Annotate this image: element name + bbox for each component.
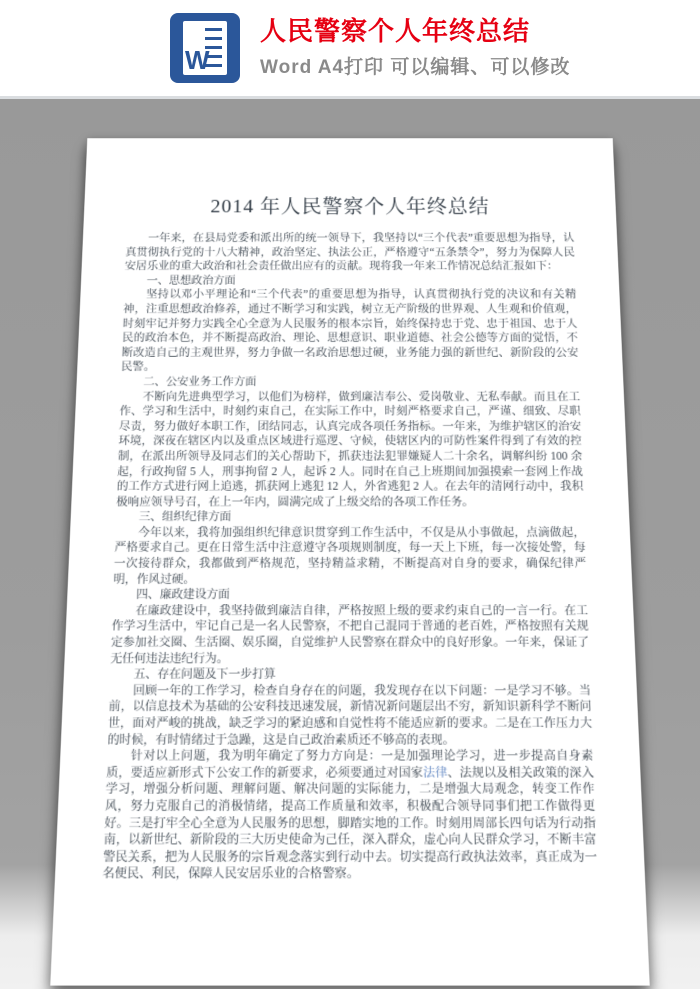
page-title: 人民警察个人年终总结 [260,17,570,47]
word-icon-page: W [183,21,227,75]
paragraph: 在廉政建设中，我坚持做到廉洁自律，严格按照上级的要求约束自己的一言一行。在工作学… [110,603,590,667]
paragraph-text: 坚持以邓小平理论和“三个代表”的重要思想为指导，认真贯彻执行党的决议和有关精神，… [121,289,579,373]
paper-stage: 2014 年人民警察个人年终总结 一年来，在县局党委和派出所的统一领导下，我坚持… [0,99,700,989]
document-body: 一年来，在县局党委和派出所的统一领导下，我坚持以“三个代表”重要思想为指导，认真… [102,231,598,883]
paragraph-text: 、法规以及相关政策的深入学习，增强分析问题、理解问题、解决问题的实际能力，二是增… [102,766,597,881]
section-heading: 五、存在问题及下一步打算 [110,667,591,683]
word-icon: W [170,13,240,83]
paragraph-text: 四、廉政建设方面 [136,588,230,601]
header-titles: 人民警察个人年终总结 Word A4打印 可以编辑、可以修改 [260,17,570,80]
law-link[interactable]: 法律 [423,766,448,780]
paragraph-text: 不断向先进典型学习，以他们为榜样，做到廉洁奉公、爱岗敬业、无私奉献。而且在工作、… [116,390,584,508]
paragraph-text: 在廉政建设中，我坚持做到廉洁自律，严格按照上级的要求约束自己的一言一行。在工作学… [110,604,589,665]
paragraph-text: 回顾一年的工作学习，检查自身存在的问题，我发现存在以下问题：一是学习不够。当前，… [107,684,592,747]
section-heading: 四、廉政建设方面 [112,587,587,603]
paragraph-text: 二、公安业务工作方面 [143,376,256,388]
paragraph: 不断向先进典型学习，以他们为榜样，做到廉洁奉公、爱岗敬业、无私奉献。而且在工作、… [116,389,584,509]
page-subtitle: Word A4打印 可以编辑、可以修改 [260,52,570,79]
section-heading: 三、组织纪律方面 [115,510,584,525]
section-heading: 一、思想政治方面 [124,273,576,287]
document-paper: 2014 年人民警察个人年终总结 一年来，在县局党委和派出所的统一领导下，我坚持… [50,138,649,985]
paragraph-text: 五、存在问题及下一步打算 [133,668,275,681]
paragraph: 一年来，在县局党委和派出所的统一领导下，我坚持以“三个代表”重要思想为指导，认真… [125,231,576,273]
paragraph: 今年以来，我将加强组织纪律意识贯穿到工作生活中，不仅是从小事做起，点滴做起，严格… [113,525,587,587]
paragraph-text: 三、组织纪律方面 [139,511,232,524]
paragraph: 坚持以邓小平理论和“三个代表”的重要思想为指导，认真贯彻执行党的决议和有关精神，… [121,288,579,375]
paragraph: 针对以上问题，我为明年确定了努力方向是：一是加强理论学习，进一步提高自身素质，要… [102,748,598,883]
paragraph-text: 今年以来，我将加强组织纪律意识贯穿到工作生活中，不仅是从小事做起，点滴做起，严格… [113,526,586,586]
paragraph-text: 一年来，在县局党委和派出所的统一领导下，我坚持以“三个代表”重要思想为指导，认真… [125,232,575,272]
word-letter: W [185,47,210,73]
paragraph: 回顾一年的工作学习，检查自身存在的问题，我发现存在以下问题：一是学习不够。当前，… [107,683,593,748]
app-header: W 人民警察个人年终总结 Word A4打印 可以编辑、可以修改 [0,0,700,99]
paragraph-text: 一、思想政治方面 [146,274,235,286]
section-heading: 二、公安业务工作方面 [120,375,579,390]
document-title: 2014 年人民警察个人年终总结 [127,193,574,220]
